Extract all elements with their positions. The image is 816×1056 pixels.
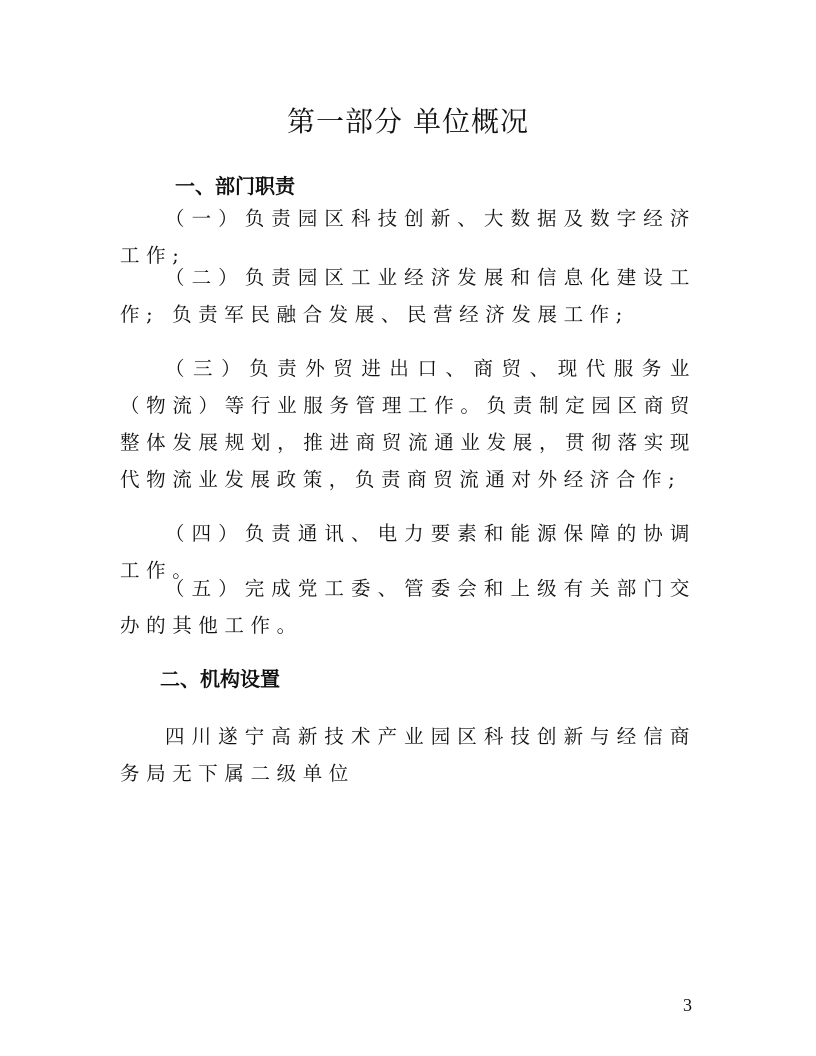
paragraph-duty-5: （五）完成党工委、管委会和上级有关部门交办的其他工作。 — [120, 570, 696, 644]
section-heading-organization: 二、机构设置 — [160, 663, 280, 692]
page-title: 第一部分 单位概况 — [0, 100, 816, 140]
paragraph-duty-3: （三）负责外贸进出口、商贸、现代服务业（物流）等行业服务管理工作。负责制定园区商… — [120, 350, 696, 498]
paragraph-organization: 四川遂宁高新技术产业园区科技创新与经信商务局无下属二级单位 — [120, 718, 696, 792]
section-heading-duties: 一、部门职责 — [175, 170, 295, 199]
page-number: 3 — [683, 995, 692, 1016]
paragraph-duty-2: （二）负责园区工业经济发展和信息化建设工作; 负责军民融合发展、民营经济发展工作… — [120, 259, 696, 333]
